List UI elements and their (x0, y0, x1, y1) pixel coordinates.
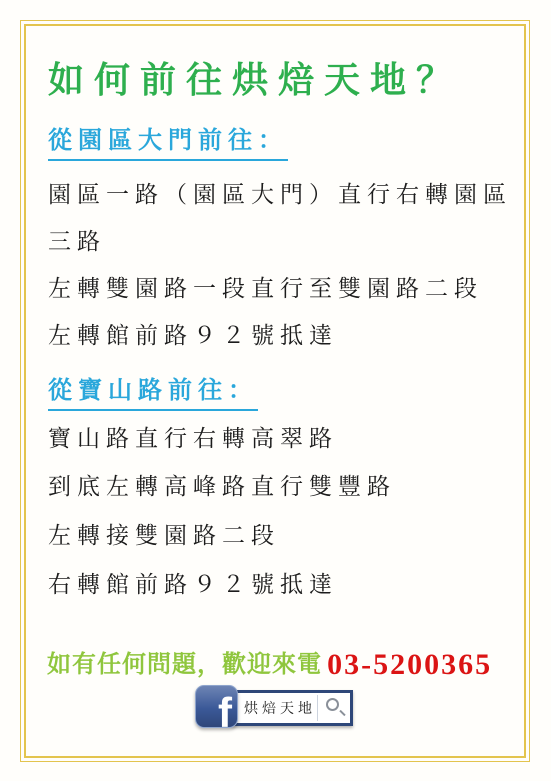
search-icon (318, 693, 350, 723)
direction-line: 寶山路直行右轉高翠路 (48, 420, 338, 453)
section-heading-gate: 從園區大門前往： (48, 120, 288, 161)
facebook-search-bar: 烘焙天地 (232, 690, 353, 726)
direction-line: 到底左轉高峰路直行雙豐路 (48, 468, 396, 501)
facebook-search-widget: f 烘焙天地 (195, 685, 353, 730)
direction-line: 左轉館前路９２號抵達 (48, 317, 338, 350)
direction-line: 右轉館前路９２號抵達 (48, 566, 338, 599)
contact-message: 如有任何問題，歡迎來電 (47, 650, 322, 678)
facebook-search-query: 烘焙天地 (235, 698, 317, 718)
direction-line: 園區一路（園區大門）直行右轉園區 (48, 176, 512, 209)
direction-line: 左轉雙園路一段直行至雙園路二段 (48, 270, 483, 303)
facebook-icon: f (195, 685, 238, 728)
contact-line: 如有任何問題，歡迎來電 03-5200365 (47, 644, 492, 682)
section-heading-baoshan: 從寶山路前往： (48, 370, 258, 411)
poster-title: 如何前往烘焙天地？ (48, 52, 462, 103)
contact-phone-number: 03-5200365 (327, 648, 492, 681)
direction-line: 左轉接雙園路二段 (48, 517, 280, 550)
facebook-f-letter: f (218, 689, 232, 728)
direction-line: 三路 (48, 223, 106, 256)
